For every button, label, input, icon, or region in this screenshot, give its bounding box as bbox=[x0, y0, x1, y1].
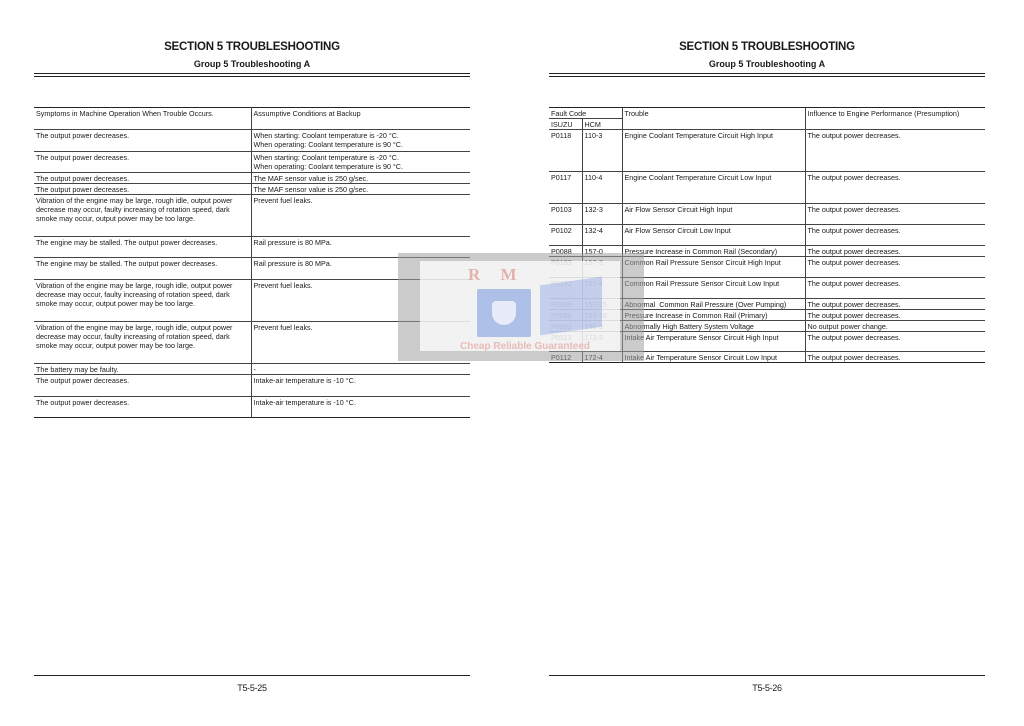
trouble-cell: Abnormally High Battery System Voltage bbox=[622, 321, 805, 332]
table-header-row: Fault Code Trouble Influence to Engine P… bbox=[549, 108, 985, 119]
influence-cell: The output power decreases. bbox=[805, 299, 985, 310]
table-row: P0118110-3Engine Coolant Temperature Cir… bbox=[549, 130, 985, 172]
watermark-logo-text: R M bbox=[468, 265, 525, 285]
wrench-icon bbox=[477, 289, 531, 337]
hcm-code-cell: 132-3 bbox=[582, 204, 622, 225]
influence-cell: The output power decreases. bbox=[805, 225, 985, 246]
trouble-cell: Air Flow Sensor Circuit High Input bbox=[622, 204, 805, 225]
watermark-panel: R M Cheap Reliable Guaranteed bbox=[420, 261, 620, 351]
table-row: The output power decreases.Intake-air te… bbox=[34, 397, 470, 418]
trouble-cell: Intake Air Temperature Sensor Circuit Lo… bbox=[622, 352, 805, 363]
header-symptoms: Symptoms in Machine Operation When Troub… bbox=[34, 108, 251, 130]
influence-cell: No output power change. bbox=[805, 321, 985, 332]
condition-cell: - bbox=[251, 364, 470, 375]
footer-rule bbox=[34, 675, 470, 676]
header-rule bbox=[549, 73, 985, 77]
header-hcm: HCM bbox=[582, 119, 622, 130]
trouble-cell: Air Flow Sensor Circuit Low Input bbox=[622, 225, 805, 246]
header-influence: Influence to Engine Performance (Presump… bbox=[805, 108, 985, 130]
influence-cell: The output power decreases. bbox=[805, 257, 985, 278]
header-fault-code: Fault Code bbox=[549, 108, 622, 119]
hcm-code-cell: 132-4 bbox=[582, 225, 622, 246]
symptom-cell: Vibration of the engine may be large, ro… bbox=[34, 195, 251, 237]
symptom-cell: The output power decreases. bbox=[34, 130, 251, 152]
right-page: SECTION 5 TROUBLESHOOTING Group 5 Troubl… bbox=[549, 0, 985, 726]
trouble-cell: Pressure Increase in Common Rail (Second… bbox=[622, 246, 805, 257]
table-header-row: Symptoms in Machine Operation When Troub… bbox=[34, 108, 470, 130]
influence-cell: The output power decreases. bbox=[805, 352, 985, 363]
table-row: P0117110-4Engine Coolant Temperature Cir… bbox=[549, 172, 985, 204]
page-number: T5-5-26 bbox=[549, 683, 985, 693]
condition-cell: Intake-air temperature is -10 °C. bbox=[251, 397, 470, 418]
header-rule bbox=[34, 73, 470, 77]
trouble-cell: Common Rail Pressure Sensor Circuit Low … bbox=[622, 278, 805, 299]
header-isuzu: ISUZU bbox=[549, 119, 582, 130]
trouble-cell: Abnormal Common Rail Pressure (Over Pump… bbox=[622, 299, 805, 310]
section-title: SECTION 5 TROUBLESHOOTING bbox=[549, 41, 985, 53]
trouble-cell: Engine Coolant Temperature Circuit High … bbox=[622, 130, 805, 172]
left-page: SECTION 5 TROUBLESHOOTING Group 5 Troubl… bbox=[34, 0, 470, 726]
condition-cell: When starting: Coolant temperature is -2… bbox=[251, 152, 470, 173]
group-title: Group 5 Troubleshooting A bbox=[34, 59, 470, 69]
influence-cell: The output power decreases. bbox=[805, 130, 985, 172]
header-trouble: Trouble bbox=[622, 108, 805, 130]
symptom-cell: The engine may be stalled. The output po… bbox=[34, 258, 251, 280]
table-row: The output power decreases.The MAF senso… bbox=[34, 184, 470, 195]
influence-cell: The output power decreases. bbox=[805, 204, 985, 225]
table-row: The battery may be faulty.- bbox=[34, 364, 470, 375]
symptom-cell: The output power decreases. bbox=[34, 397, 251, 418]
symptom-cell: The battery may be faulty. bbox=[34, 364, 251, 375]
hcm-code-cell: 110-4 bbox=[582, 172, 622, 204]
table-row: The output power decreases.When starting… bbox=[34, 130, 470, 152]
isuzu-code-cell: P0117 bbox=[549, 172, 582, 204]
isuzu-code-cell: P0103 bbox=[549, 204, 582, 225]
section-title: SECTION 5 TROUBLESHOOTING bbox=[34, 41, 470, 53]
influence-cell: The output power decreases. bbox=[805, 172, 985, 204]
influence-cell: The output power decreases. bbox=[805, 246, 985, 257]
header-conditions: Assumptive Conditions at Backup bbox=[251, 108, 470, 130]
table-row: The output power decreases.Intake-air te… bbox=[34, 375, 470, 397]
symptom-cell: Vibration of the engine may be large, ro… bbox=[34, 322, 251, 364]
trouble-cell: Engine Coolant Temperature Circuit Low I… bbox=[622, 172, 805, 204]
isuzu-code-cell: P0118 bbox=[549, 130, 582, 172]
book-icon bbox=[540, 277, 602, 336]
condition-cell: Intake-air temperature is -10 °C. bbox=[251, 375, 470, 397]
trouble-cell: Pressure Increase in Common Rail (Primar… bbox=[622, 310, 805, 321]
condition-cell: When starting: Coolant temperature is -2… bbox=[251, 130, 470, 152]
table-row: P0102132-4Air Flow Sensor Circuit Low In… bbox=[549, 225, 985, 246]
influence-cell: The output power decreases. bbox=[805, 310, 985, 321]
footer-rule bbox=[549, 675, 985, 676]
condition-cell: Prevent fuel leaks. bbox=[251, 195, 470, 237]
symptom-cell: The output power decreases. bbox=[34, 184, 251, 195]
symptom-cell: The output power decreases. bbox=[34, 375, 251, 397]
watermark-tagline: Cheap Reliable Guaranteed bbox=[460, 341, 590, 352]
trouble-cell: Common Rail Pressure Sensor Circuit High… bbox=[622, 257, 805, 278]
influence-cell: The output power decreases. bbox=[805, 332, 985, 352]
table-row: Vibration of the engine may be large, ro… bbox=[34, 195, 470, 237]
isuzu-code-cell: P0102 bbox=[549, 225, 582, 246]
symptom-cell: The output power decreases. bbox=[34, 152, 251, 173]
symptom-cell: The engine may be stalled. The output po… bbox=[34, 237, 251, 258]
trouble-cell: Intake Air Temperature Sensor Circuit Hi… bbox=[622, 332, 805, 352]
symptom-cell: The output power decreases. bbox=[34, 173, 251, 184]
table-row: The output power decreases.The MAF senso… bbox=[34, 173, 470, 184]
hcm-code-cell: 110-3 bbox=[582, 130, 622, 172]
watermark: R M Cheap Reliable Guaranteed bbox=[398, 253, 644, 361]
condition-cell: The MAF sensor value is 250 g/sec. bbox=[251, 184, 470, 195]
influence-cell: The output power decreases. bbox=[805, 278, 985, 299]
table-row: The output power decreases.When starting… bbox=[34, 152, 470, 173]
table-row: P0103132-3Air Flow Sensor Circuit High I… bbox=[549, 204, 985, 225]
page-number: T5-5-25 bbox=[34, 683, 470, 693]
symptom-cell: Vibration of the engine may be large, ro… bbox=[34, 280, 251, 322]
group-title: Group 5 Troubleshooting A bbox=[549, 59, 985, 69]
condition-cell: The MAF sensor value is 250 g/sec. bbox=[251, 173, 470, 184]
